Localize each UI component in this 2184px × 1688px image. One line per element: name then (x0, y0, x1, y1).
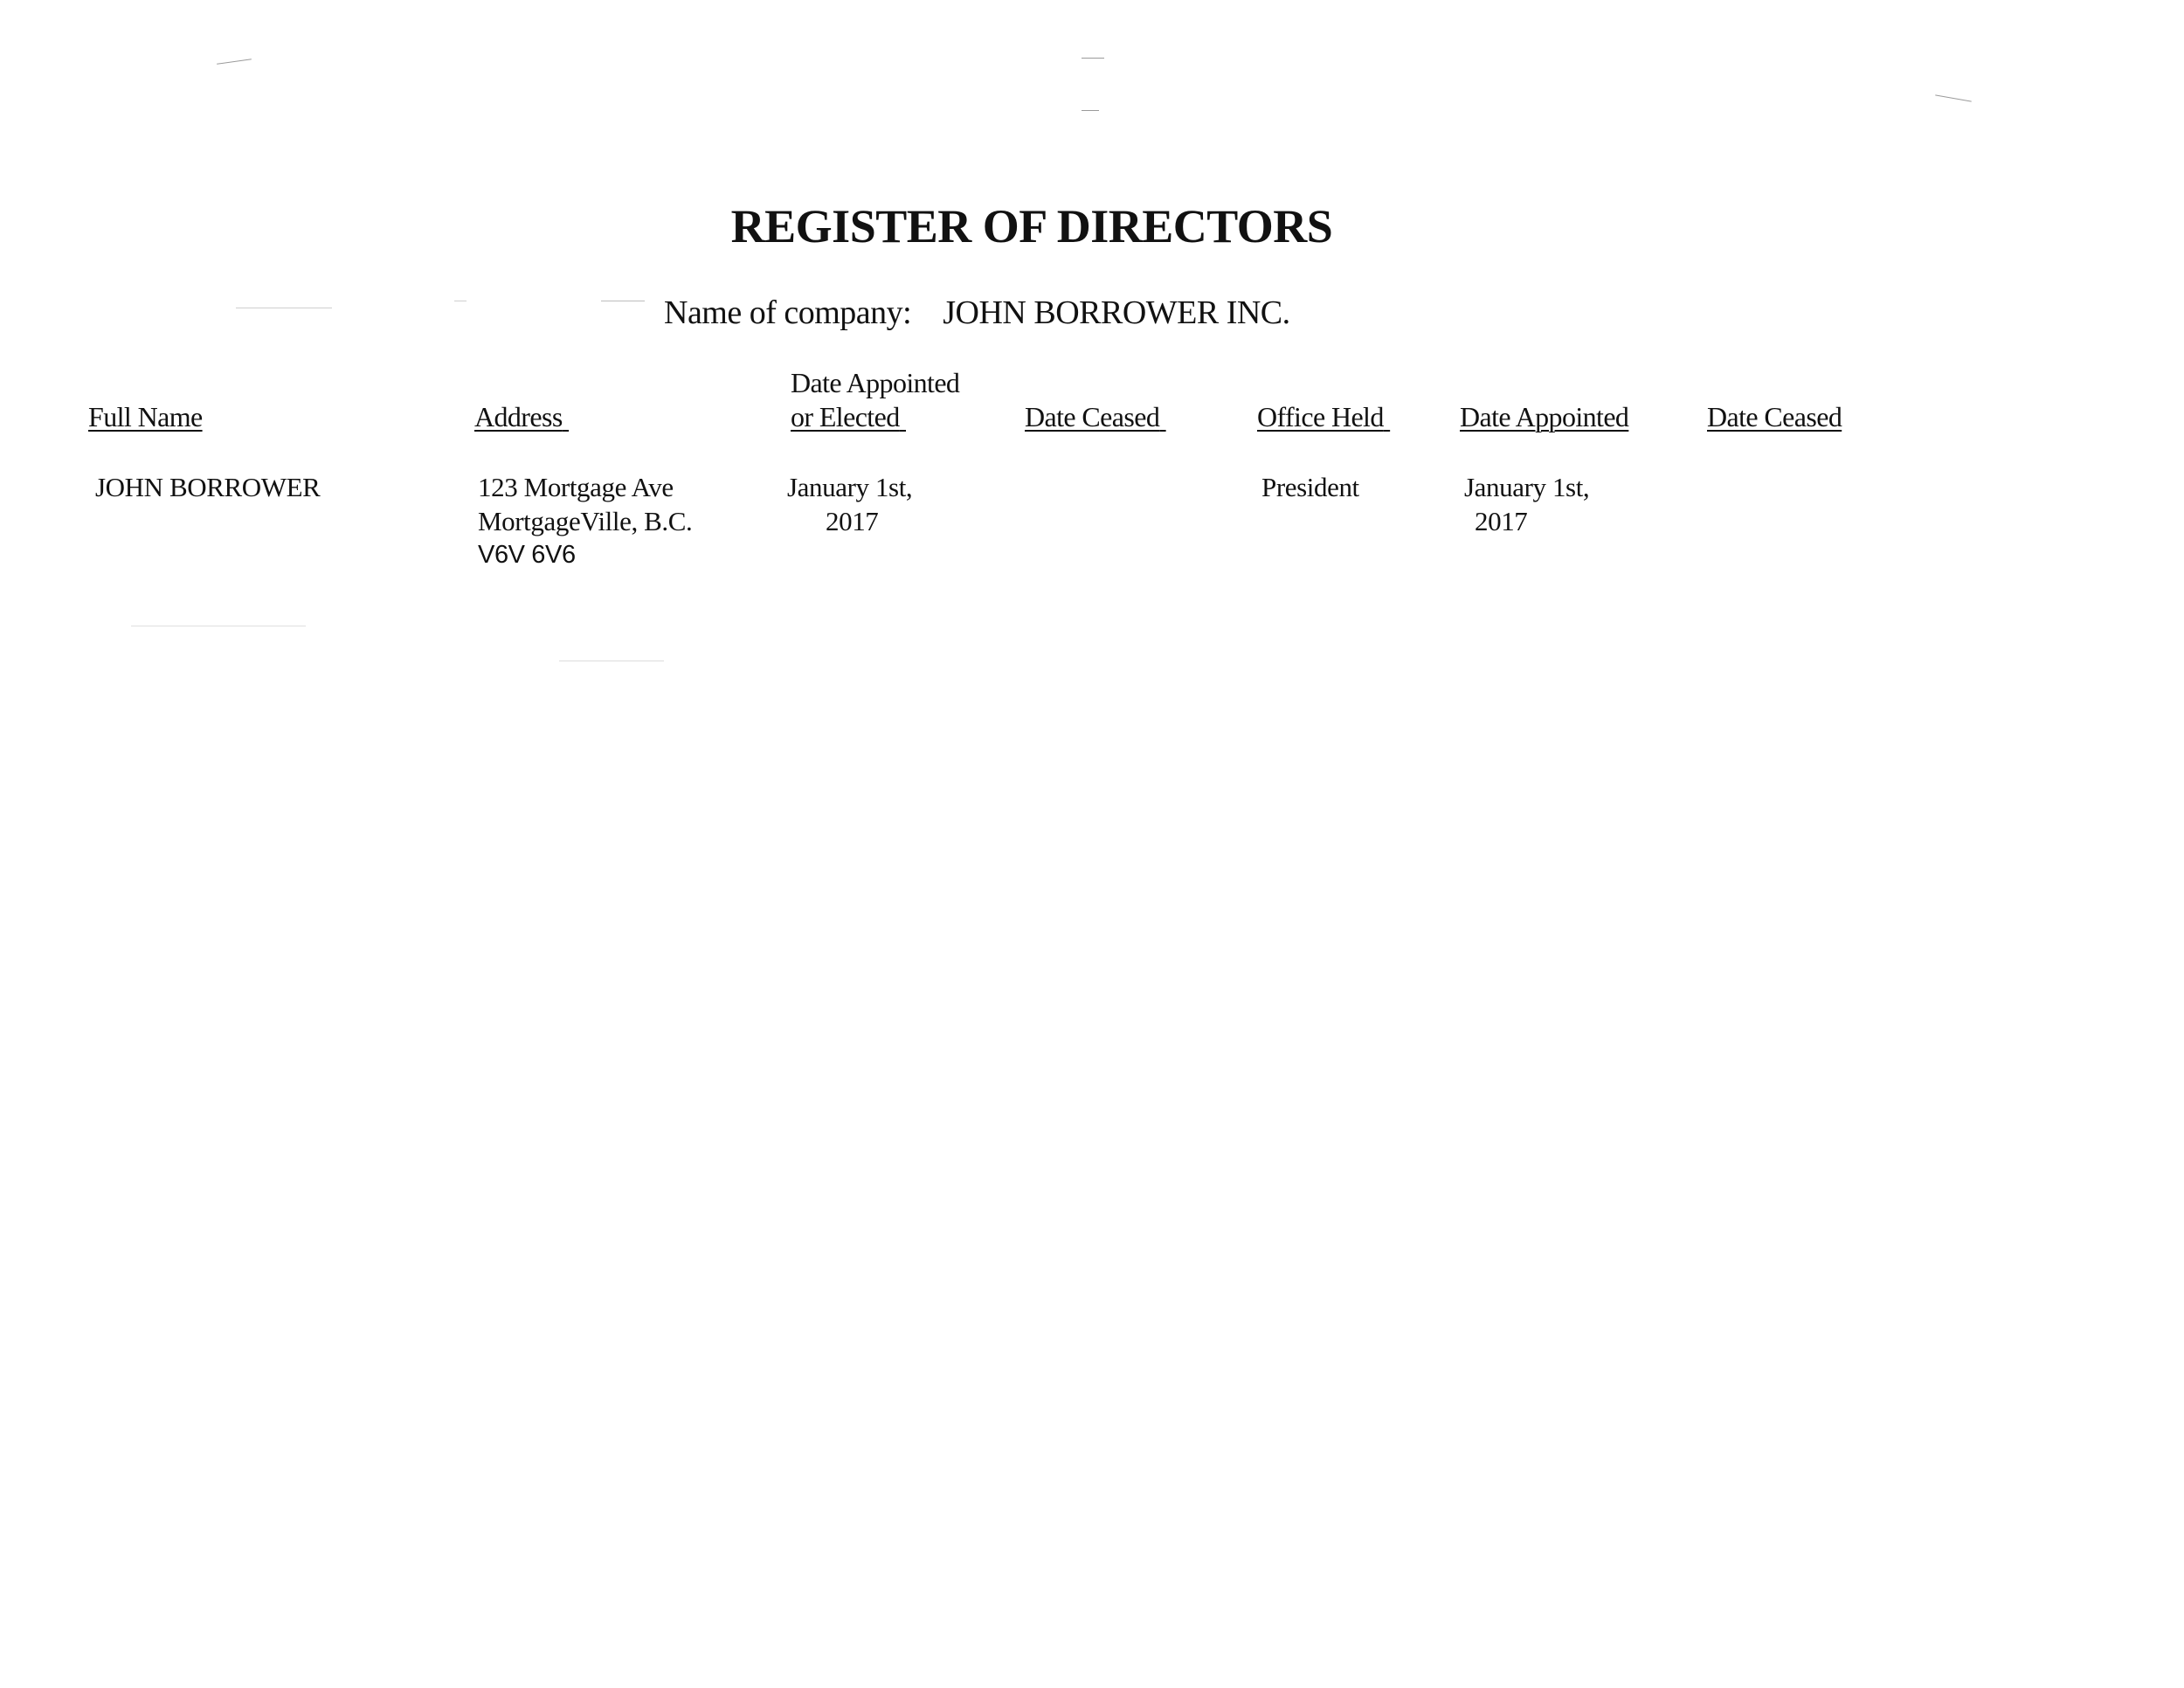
scan-artifact (454, 301, 467, 301)
header-full-name: Full Name (88, 400, 203, 434)
scan-artifact (131, 626, 306, 626)
scan-artifact (601, 301, 645, 301)
header-date-ceased: Date Ceased (1025, 400, 1166, 434)
date-appointed-line1: January 1st, (787, 470, 912, 504)
scan-artifact (1082, 58, 1104, 59)
company-label: Name of company: (664, 294, 911, 331)
office-date-appointed-line2: 2017 (1464, 504, 1589, 538)
cell-date-appointed: January 1st, 2017 (787, 470, 912, 538)
address-line2: MortgageVille, B.C. (478, 504, 692, 538)
header-date-appointed-or-elected: Date Appointed or Elected (791, 366, 959, 434)
company-line: Name of company:JOHN BORROWER INC. (664, 294, 1290, 332)
date-appointed-line2: 2017 (787, 504, 912, 538)
cell-office-date-appointed: January 1st, 2017 (1464, 470, 1589, 538)
header-office-date-appointed: Date Appointed (1460, 400, 1628, 434)
cell-full-name: JOHN BORROWER (95, 470, 320, 504)
scan-artifact (1082, 110, 1099, 111)
office-date-appointed-line1: January 1st, (1464, 470, 1589, 504)
scan-artifact (217, 59, 252, 65)
header-date-appointed-line1: Date Appointed (791, 366, 959, 400)
cell-address: 123 Mortgage Ave MortgageVille, B.C. V6V… (478, 470, 692, 572)
scan-artifact (1935, 94, 1972, 101)
address-line3: V6V 6V6 (478, 538, 692, 572)
scan-artifact (559, 661, 664, 661)
address-line1: 123 Mortgage Ave (478, 470, 692, 504)
header-office-date-ceased: Date Ceased (1707, 400, 1842, 434)
header-address: Address (474, 400, 569, 434)
document-title: REGISTER OF DIRECTORS (0, 199, 2063, 253)
header-date-appointed-line2: or Elected (791, 401, 900, 432)
header-office-held: Office Held (1257, 400, 1390, 434)
scan-artifact (236, 308, 332, 308)
company-name: JOHN BORROWER INC. (943, 294, 1289, 331)
cell-office-held: President (1261, 470, 1359, 504)
